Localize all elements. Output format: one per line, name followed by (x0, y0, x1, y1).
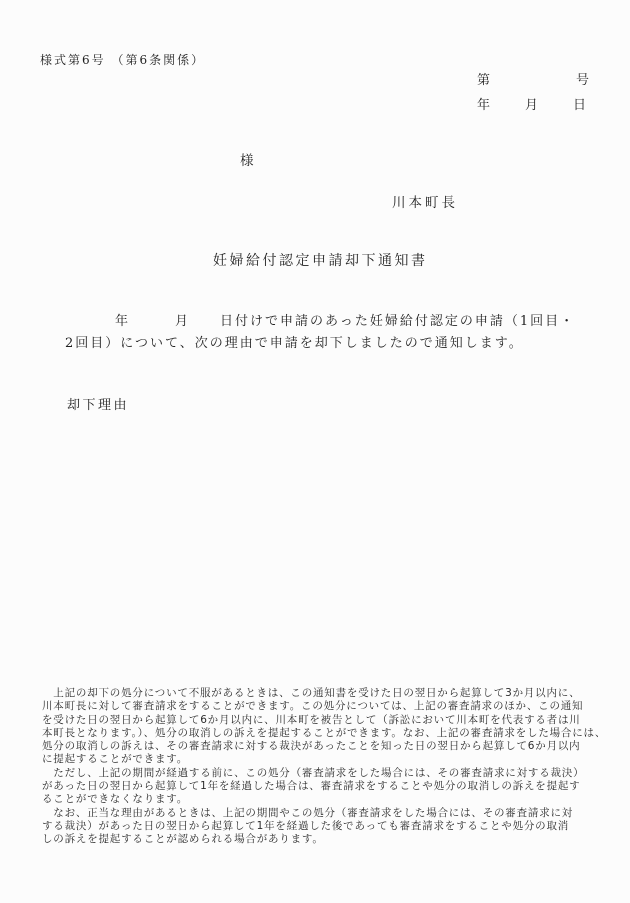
body-paragraph-line-1: 年 月 日付けで申請のあった妊婦給付認定の申請（1回目・ (65, 311, 600, 333)
document-number-suffix: 号 (576, 69, 589, 88)
appeal-notice-line: に提起することができます。 (42, 753, 620, 766)
date-year-label: 年 (477, 94, 490, 113)
document-date-line: 年 月 日 (477, 94, 586, 113)
appeal-notice-line: 川本町長に対して審査請求をすることができます。この処分については、上記の審査請求… (42, 700, 620, 713)
appeal-notice: 上記の却下の処分について不服があるときは、この通知書を受けた日の翌日から起算して… (42, 687, 620, 847)
body-paragraph-line-2: 2回目）について、次の理由で申請を却下しましたので通知します。 (65, 333, 600, 355)
document-number-line: 第 号 (477, 69, 589, 88)
form-number-label: 様式第6号 （第6条関係） (40, 51, 205, 68)
document-title: 妊婦給付認定申請却下通知書 (213, 250, 428, 270)
document-number-prefix: 第 (477, 69, 490, 88)
date-day-label: 日 (573, 94, 586, 113)
appeal-notice-line: する裁決）があった日の翌日から起算して1年を経過した後であっても審査請求をするこ… (42, 820, 620, 833)
appeal-notice-line: 本町長となります。）、処分の取消しの訴えを提起することができます。なお、上記の審… (42, 727, 620, 740)
appeal-notice-line: ただし、上記の期間が経過する前に、この処分（審査請求をした場合には、その審査請求… (42, 767, 620, 780)
appeal-notice-line: 処分の取消しの訴えは、その審査請求に対する裁決があったことを知った日の翌日から起… (42, 740, 620, 753)
addressee-honorific: 様 (240, 149, 254, 169)
appeal-notice-line: ることができなくなります。 (42, 793, 620, 806)
body-paragraph: 年 月 日付けで申請のあった妊婦給付認定の申請（1回目・ 2回目）について、次の… (65, 311, 600, 355)
appeal-notice-line: があった日の翌日から起算して1年を経過した場合は、審査請求をすることや処分の取消… (42, 780, 620, 793)
rejection-reason-label: 却下理由 (67, 394, 129, 413)
appeal-notice-line: しの訴えを提起することが認められる場合があります。 (42, 833, 620, 846)
date-month-label: 月 (525, 94, 538, 113)
appeal-notice-line: 上記の却下の処分について不服があるときは、この通知書を受けた日の翌日から起算して… (42, 687, 620, 700)
document-page: 様式第6号 （第6条関係） 第 号 年 月 日 様 川本町長 妊婦給付認定申請却… (0, 0, 630, 903)
appeal-notice-line: を受けた日の翌日から起算して6か月以内に、川本町を被告として（訴訟において川本町… (42, 714, 620, 727)
appeal-notice-line: なお、正当な理由があるときは、上記の期間やこの処分（審査請求をした場合には、その… (42, 807, 620, 820)
rejection-reason-content-area (65, 422, 595, 672)
sender-name: 川本町長 (392, 191, 458, 211)
